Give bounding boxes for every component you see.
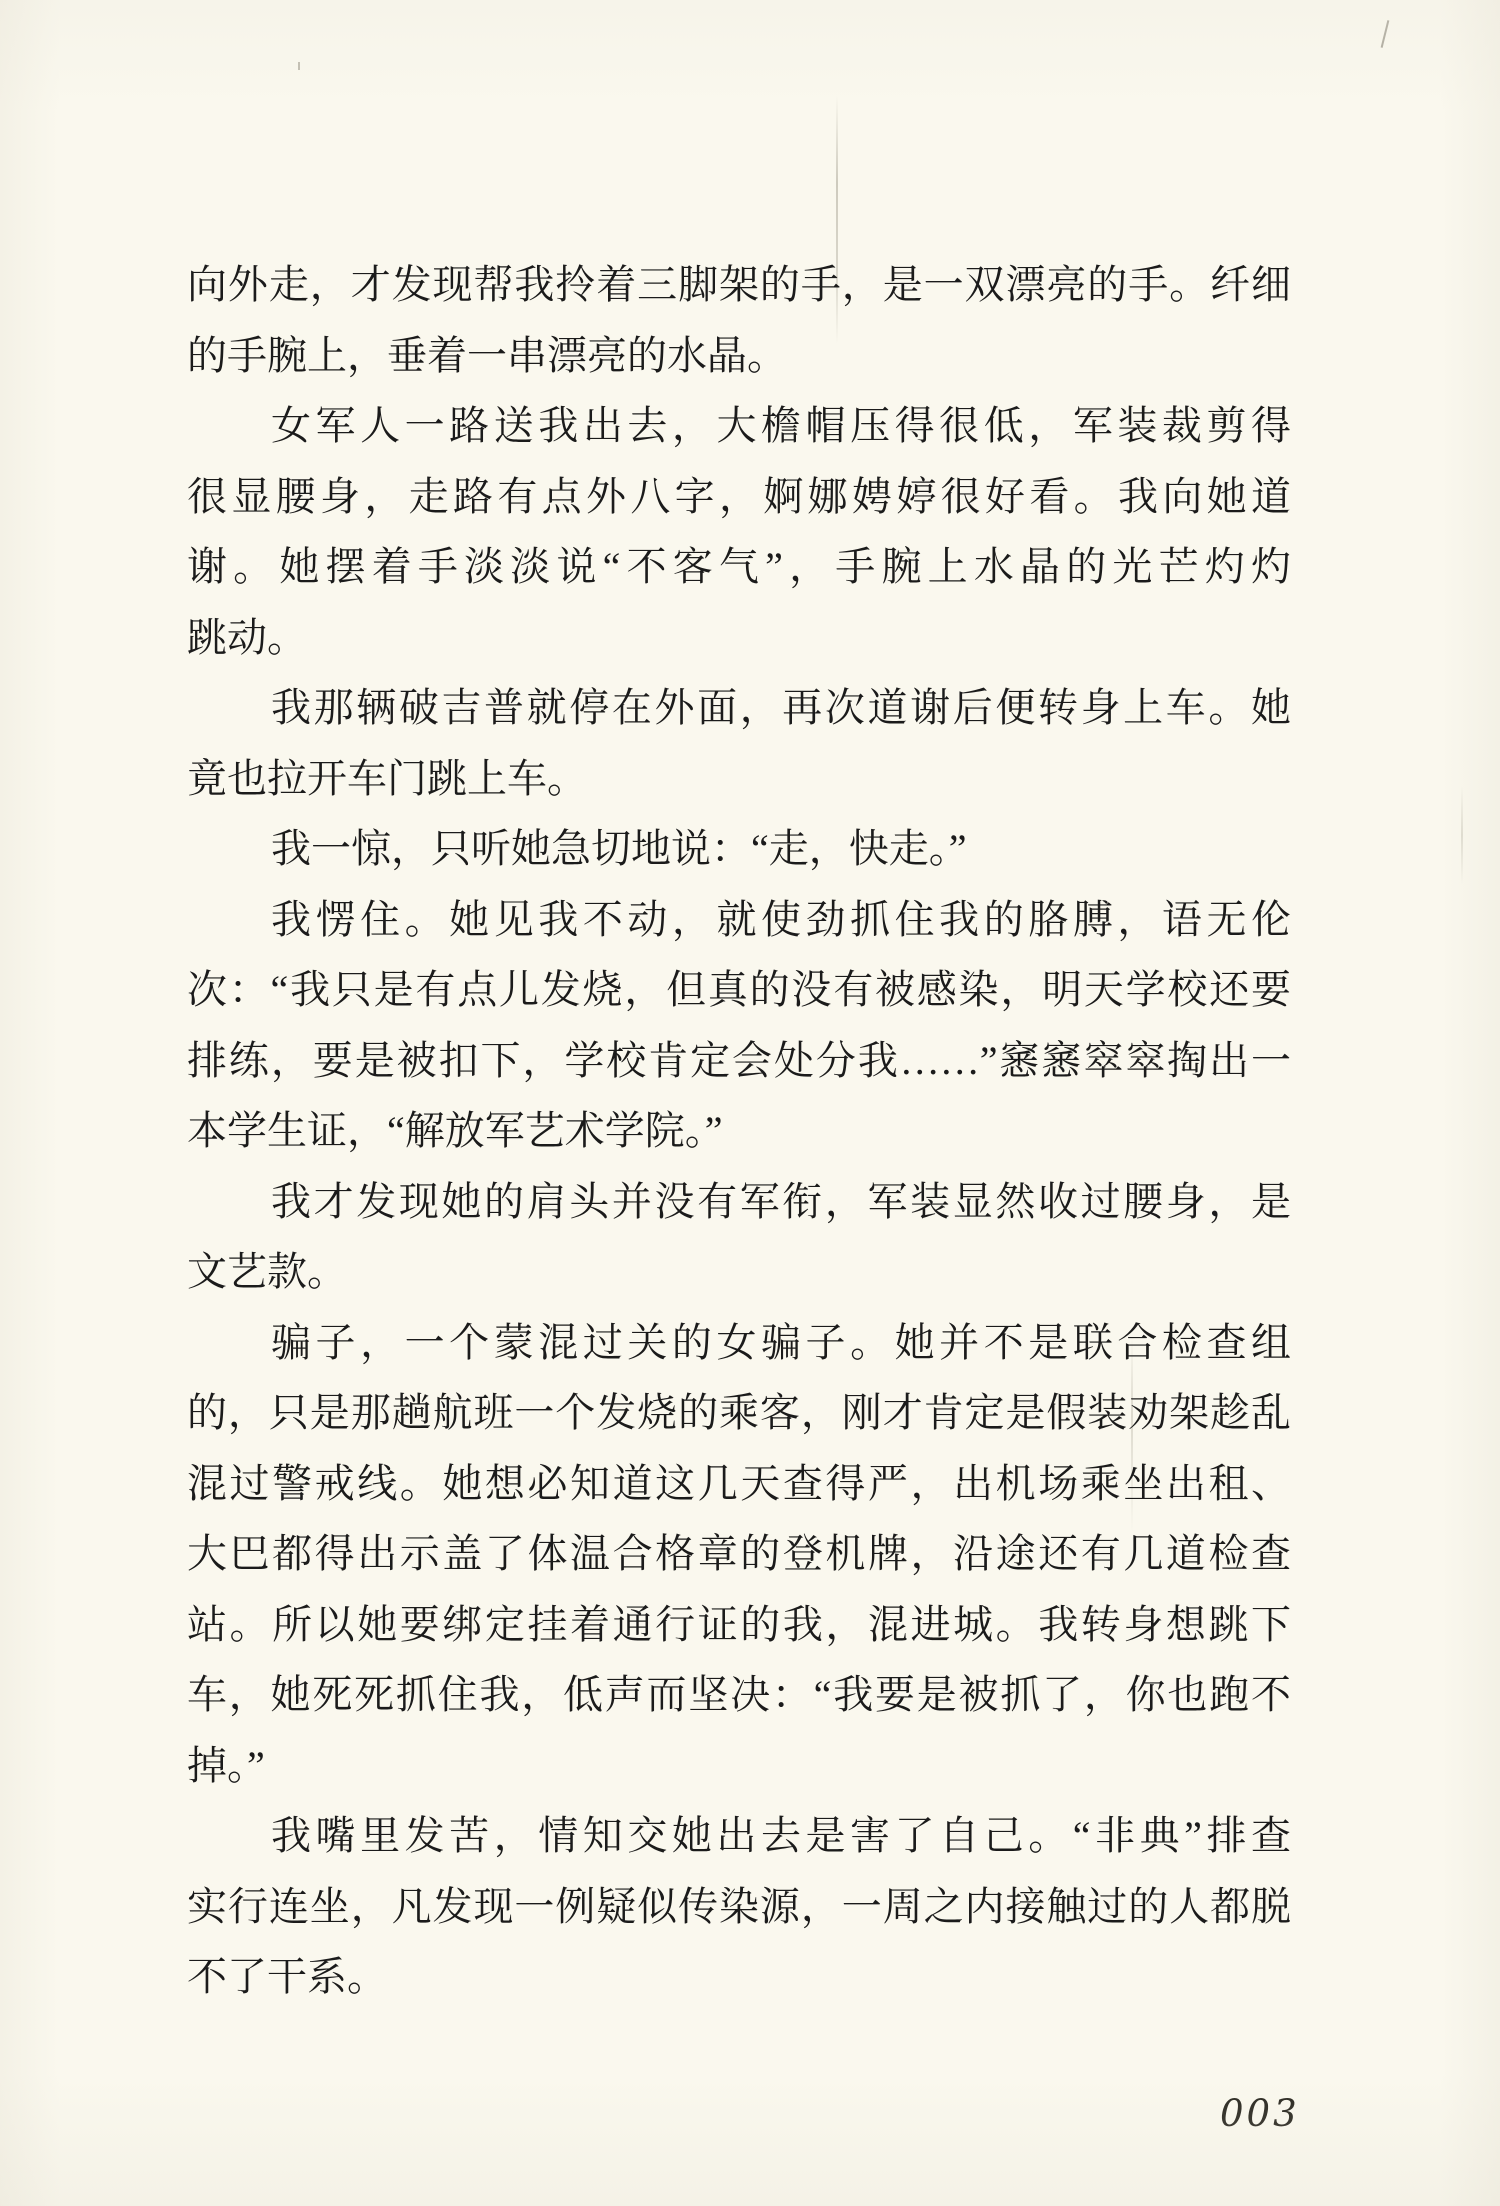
text-line: 很显腰身，走路有点外八字，婀娜娉婷很好看。我向她道	[187, 462, 1291, 533]
text-line: 的，只是那趟航班一个发烧的乘客，刚才肯定是假装劝架趁乱	[187, 1378, 1291, 1449]
text-line: 文艺款。	[187, 1237, 1291, 1308]
text-line: 排练，要是被扣下，学校肯定会处分我……”窸窸窣窣掏出一	[187, 1026, 1291, 1097]
text-line: 我才发现她的肩头并没有军衔，军装显然收过腰身，是	[187, 1167, 1291, 1238]
text-line: 跳动。	[187, 603, 1291, 674]
text-line: 掉。”	[187, 1731, 1291, 1802]
text-line: 车，她死死抓住我，低声而坚决：“我要是被抓了，你也跑不	[187, 1660, 1291, 1731]
text-line: 谢。她摆着手淡淡说“不客气”，手腕上水晶的光芒灼灼	[187, 532, 1291, 603]
text-line: 竟也拉开车门跳上车。	[187, 744, 1291, 815]
text-line: 我一惊，只听她急切地说：“走，快走。”	[187, 814, 1291, 885]
text-line: 骗子，一个蒙混过关的女骗子。她并不是联合检查组	[187, 1308, 1291, 1379]
scan-streak-right-icon	[1461, 786, 1463, 884]
text-line: 我嘴里发苦，情知交她出去是害了自己。“非典”排查	[187, 1801, 1291, 1872]
text-line: 本学生证，“解放军艺术学院。”	[187, 1096, 1291, 1167]
text-line: 向外走，才发现帮我拎着三脚架的手，是一双漂亮的手。纤细	[187, 250, 1291, 321]
book-page: 向外走，才发现帮我拎着三脚架的手，是一双漂亮的手。纤细 的手腕上，垂着一串漂亮的…	[0, 0, 1500, 2206]
text-line: 混过警戒线。她想必知道这几天查得严，出机场乘坐出租、	[187, 1449, 1291, 1520]
scan-mark-top-right-icon	[1381, 20, 1390, 48]
text-line: 我愣住。她见我不动，就使劲抓住我的胳膊，语无伦	[187, 885, 1291, 956]
body-text: 向外走，才发现帮我拎着三脚架的手，是一双漂亮的手。纤细 的手腕上，垂着一串漂亮的…	[187, 250, 1291, 2013]
text-line: 实行连坐，凡发现一例疑似传染源，一周之内接触过的人都脱	[187, 1872, 1291, 1943]
text-line: 我那辆破吉普就停在外面，再次道谢后便转身上车。她	[187, 673, 1291, 744]
page-number: 003	[1220, 2092, 1300, 2135]
scan-speck-icon	[298, 62, 300, 70]
text-line: 的手腕上，垂着一串漂亮的水晶。	[187, 321, 1291, 392]
text-line: 女军人一路送我出去，大檐帽压得很低，军装裁剪得	[187, 391, 1291, 462]
text-line: 不了干系。	[187, 1942, 1291, 2013]
text-line: 站。所以她要绑定挂着通行证的我，混进城。我转身想跳下	[187, 1590, 1291, 1661]
text-line: 大巴都得出示盖了体温合格章的登机牌，沿途还有几道检查	[187, 1519, 1291, 1590]
text-line: 次：“我只是有点儿发烧，但真的没有被感染，明天学校还要	[187, 955, 1291, 1026]
